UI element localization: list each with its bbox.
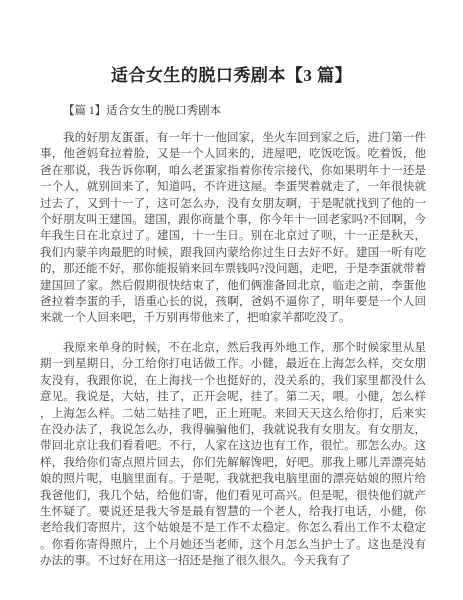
- paragraph: 我的好朋友蛋蛋，有一年十一他回家，坐火车回到家之后，进门第一件事，他爸妈耷拉着脸…: [40, 130, 426, 327]
- section-heading: 【篇 1】适合女生的脱口秀剧本: [40, 104, 426, 118]
- paragraph: 我原来单身的时候，不在北京，然后我再外地工作，那个时候家里从星期一到星期日，分工…: [40, 340, 426, 570]
- document-title: 适合女生的脱口秀剧本【3 篇】: [0, 0, 463, 87]
- document-page: 适合女生的脱口秀剧本【3 篇】 【篇 1】适合女生的脱口秀剧本 我的好朋友蛋蛋，…: [0, 0, 463, 600]
